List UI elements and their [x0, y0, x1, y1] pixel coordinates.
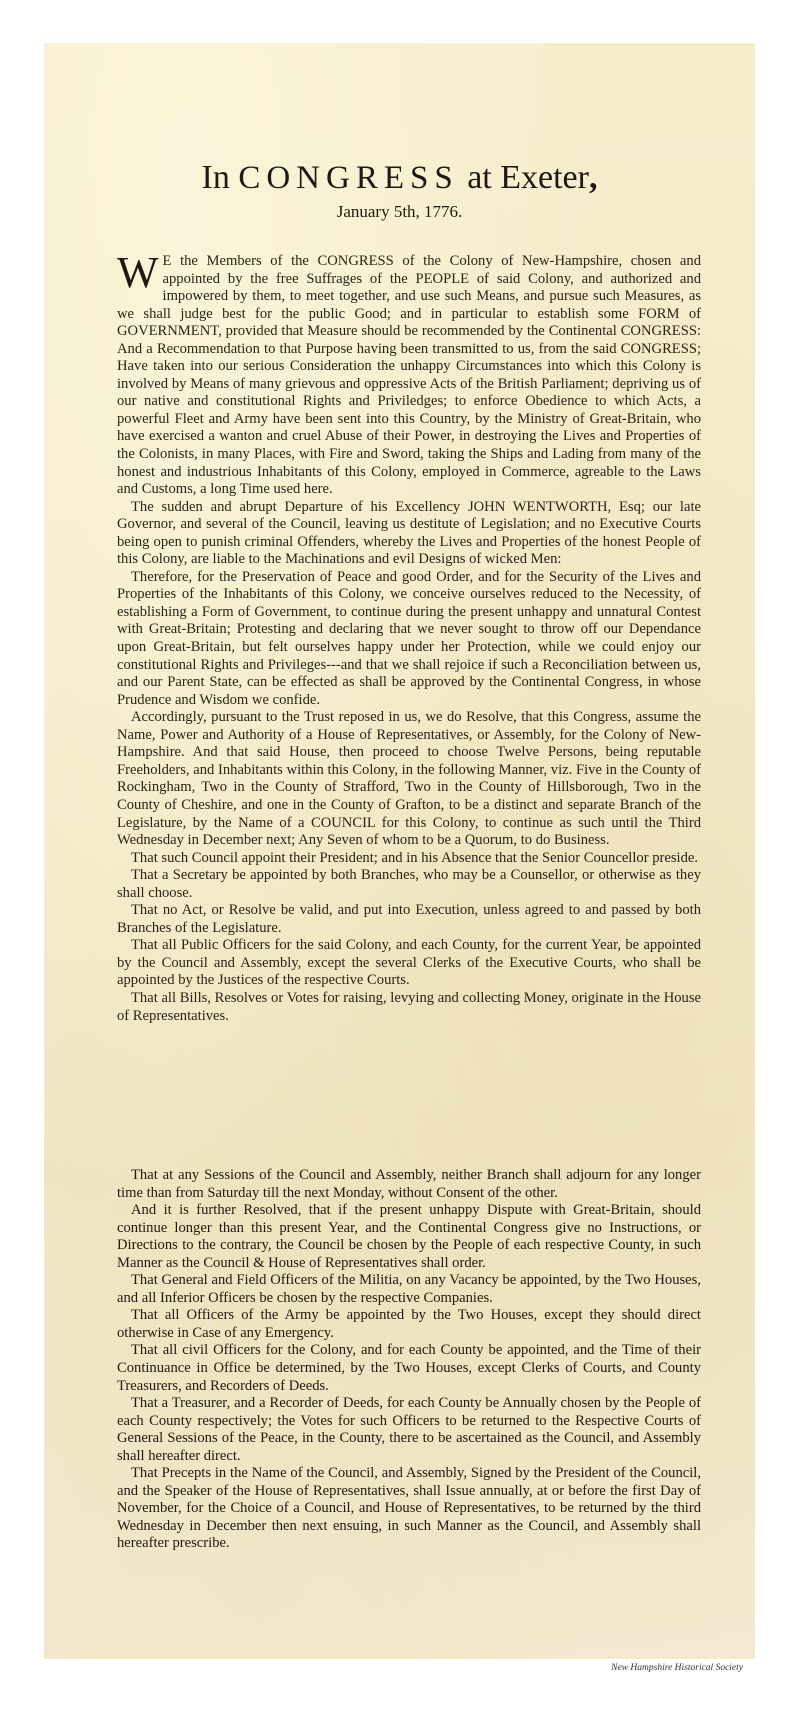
- paragraph-army: That all Officers of the Army be appoint…: [117, 1307, 701, 1342]
- paragraph-president: That such Council appoint their Presiden…: [117, 850, 701, 868]
- paragraph-sessions: That at any Sessions of the Council and …: [117, 1167, 701, 1202]
- opening-paragraph: WE the Members of the CONGRESS of the Co…: [117, 253, 701, 499]
- paragraph-precepts: That Precepts in the Name of the Council…: [117, 1465, 701, 1553]
- title-comma: ,: [589, 159, 598, 196]
- paragraph-further-resolved: And it is further Resolved, that if the …: [117, 1202, 701, 1272]
- paragraph-departure: The sudden and abrupt Departure of his E…: [117, 499, 701, 569]
- body-upper: WE the Members of the CONGRESS of the Co…: [117, 253, 701, 1025]
- paragraph-treasurer: That a Treasurer, and a Recorder of Deed…: [117, 1395, 701, 1465]
- opening-text: E the Members of the CONGRESS of the Col…: [117, 253, 701, 497]
- paragraph-public-officers: That all Public Officers for the said Co…: [117, 937, 701, 990]
- paragraph-bills: That all Bills, Resolves or Votes for ra…: [117, 990, 701, 1025]
- dateline: January 5th, 1776.: [44, 201, 755, 223]
- paragraph-civil-officers: That all civil Officers for the Colony, …: [117, 1342, 701, 1395]
- paragraph-secretary: That a Secretary be appointed by both Br…: [117, 867, 701, 902]
- paragraph-militia: That General and Field Officers of the M…: [117, 1272, 701, 1307]
- title-prefix: In: [202, 159, 239, 196]
- document-title: In CONGRESS at Exeter,: [44, 158, 755, 198]
- credit-line: New Hampshire Historical Society: [611, 1663, 743, 1673]
- paragraph-therefore: Therefore, for the Preservation of Peace…: [117, 569, 701, 709]
- drop-cap: W: [117, 255, 159, 291]
- title-caps: CONGRESS: [238, 160, 458, 196]
- title-suffix: at Exeter: [459, 159, 589, 196]
- paragraph-accordingly: Accordingly, pursuant to the Trust repos…: [117, 709, 701, 849]
- paragraph-no-act: That no Act, or Resolve be valid, and pu…: [117, 902, 701, 937]
- body-lower: That at any Sessions of the Council and …: [117, 1167, 701, 1553]
